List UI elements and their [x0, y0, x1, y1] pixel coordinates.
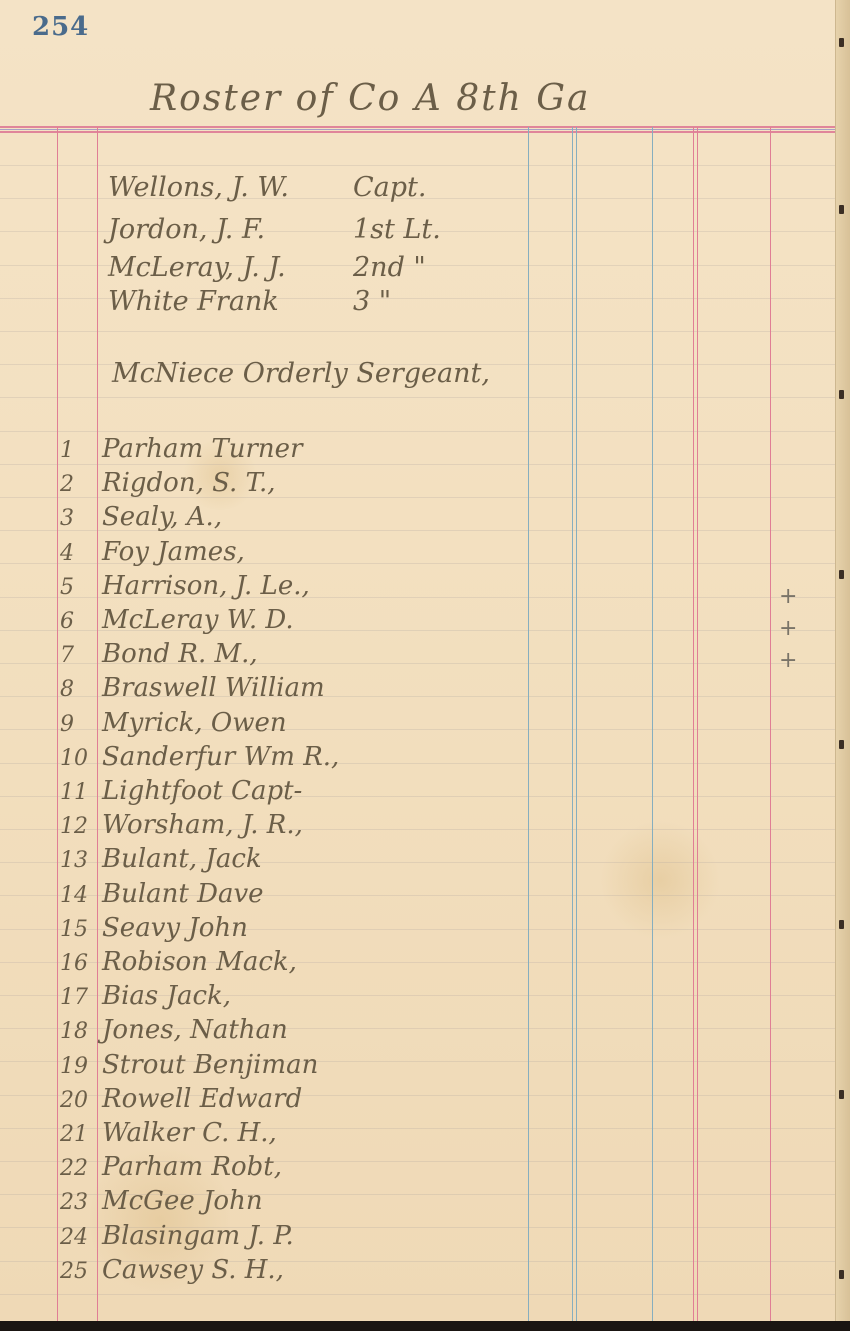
- roster-row: 19Strout Benjiman: [0, 1050, 520, 1083]
- soldier-name: Myrick, Owen: [102, 708, 287, 738]
- roster-row: 22Parham Robt,: [0, 1152, 520, 1185]
- officer-entry: Jordon, J. F.1st Lt.: [108, 214, 441, 245]
- column-rule-2b: [576, 127, 577, 1321]
- roster-number: 23: [60, 1190, 96, 1215]
- roster-row: 11Lightfoot Capt-: [0, 776, 520, 809]
- soldier-name: McGee John: [102, 1186, 263, 1216]
- binding-stitch: [839, 1270, 844, 1279]
- roster-row: 10Sanderfur Wm R.,: [0, 742, 520, 775]
- ruled-line: [0, 331, 850, 332]
- officer-name: Jordon, J. F.: [108, 214, 353, 245]
- soldier-name: Sealy, A.,: [102, 502, 222, 532]
- binding-stitch: [839, 390, 844, 399]
- roster-row: 21Walker C. H.,: [0, 1118, 520, 1151]
- officer-rank: Capt.: [353, 172, 426, 203]
- roster-number: 20: [60, 1088, 96, 1113]
- officer-rank: 2nd ": [353, 252, 426, 283]
- roster-row: 4Foy James,: [0, 537, 520, 570]
- roster-number: 3: [60, 506, 96, 531]
- roster-row: 18Jones, Nathan: [0, 1015, 520, 1048]
- binding-stitch: [839, 38, 844, 47]
- roster-row: 6McLeray W. D.: [0, 605, 520, 638]
- roster-number: 2: [60, 472, 96, 497]
- soldier-name: Parham Robt,: [102, 1152, 282, 1182]
- roster-number: 15: [60, 917, 96, 942]
- soldier-name: Bias Jack,: [102, 981, 231, 1011]
- roster-number: 5: [60, 575, 96, 600]
- roster-number: 21: [60, 1122, 96, 1147]
- roster-number: 24: [60, 1225, 96, 1250]
- officer-name: Wellons, J. W.: [108, 172, 353, 203]
- roster-number: 9: [60, 712, 96, 737]
- roster-row: 3Sealy, A.,: [0, 502, 520, 535]
- roster-row: 17Bias Jack,: [0, 981, 520, 1014]
- header-rule-top: [0, 126, 850, 128]
- roster-number: 12: [60, 814, 96, 839]
- soldier-name: Strout Benjiman: [102, 1050, 318, 1080]
- roster-number: 10: [60, 746, 96, 771]
- soldier-name: Braswell William: [102, 673, 325, 703]
- roster-number: 7: [60, 643, 96, 668]
- roster-row: 1Parham Turner: [0, 434, 520, 467]
- roster-number: 16: [60, 951, 96, 976]
- book-binding-edge: [835, 0, 850, 1321]
- margin-mark: +: [779, 584, 797, 609]
- ruled-line: [0, 397, 850, 398]
- officer-name: McLeray, J. J.: [108, 252, 353, 283]
- column-rule-1: [528, 127, 529, 1321]
- page-title: Roster of Co A 8th Ga: [150, 78, 590, 119]
- soldier-name: Bond R. M.,: [102, 639, 258, 669]
- column-rule-3: [652, 127, 653, 1321]
- header-rule-bottom: [0, 131, 850, 133]
- roster-row: 23McGee John: [0, 1186, 520, 1219]
- officer-entry: Wellons, J. W.Capt.: [108, 172, 426, 203]
- officer-name: White Frank: [108, 286, 353, 317]
- soldier-name: Seavy John: [102, 913, 248, 943]
- roster-number: 8: [60, 677, 96, 702]
- column-rule-4b: [697, 127, 698, 1321]
- binding-stitch: [839, 740, 844, 749]
- roster-row: 25Cawsey S. H.,: [0, 1255, 520, 1288]
- soldier-name: Jones, Nathan: [102, 1015, 288, 1045]
- ruled-line: [0, 431, 850, 432]
- roster-row: 5Harrison, J. Le.,: [0, 571, 520, 604]
- roster-number: 18: [60, 1019, 96, 1044]
- roster-row: 12Worsham, J. R.,: [0, 810, 520, 843]
- column-rule-5: [770, 127, 771, 1321]
- roster-number: 14: [60, 883, 96, 908]
- roster-row: 9Myrick, Owen: [0, 708, 520, 741]
- column-rule-4a: [693, 127, 694, 1321]
- officer-rank: 1st Lt.: [353, 214, 441, 245]
- roster-row: 7Bond R. M.,: [0, 639, 520, 672]
- soldier-name: Cawsey S. H.,: [102, 1255, 284, 1285]
- soldier-name: McLeray W. D.: [102, 605, 294, 635]
- soldier-name: Bulant, Jack: [102, 844, 262, 874]
- roster-number: 25: [60, 1259, 96, 1284]
- ledger-page: 254 Roster of Co A 8th Ga Wellons, J. W.…: [0, 0, 850, 1321]
- soldier-name: Rowell Edward: [102, 1084, 302, 1114]
- orderly-sergeant-entry: McNiece Orderly Sergeant,: [112, 358, 490, 389]
- roster-number: 1: [60, 438, 96, 463]
- soldier-name: Sanderfur Wm R.,: [102, 742, 339, 772]
- soldier-name: Worsham, J. R.,: [102, 810, 303, 840]
- roster-row: 13Bulant, Jack: [0, 844, 520, 877]
- roster-row: 20Rowell Edward: [0, 1084, 520, 1117]
- roster-number: 6: [60, 609, 96, 634]
- roster-row: 16Robison Mack,: [0, 947, 520, 980]
- soldier-name: Walker C. H.,: [102, 1118, 277, 1148]
- roster-row: 2Rigdon, S. T.,: [0, 468, 520, 501]
- soldier-name: Rigdon, S. T.,: [102, 468, 276, 498]
- soldier-name: Parham Turner: [102, 434, 303, 464]
- soldier-name: Blasingam J. P.: [102, 1221, 294, 1251]
- roster-number: 4: [60, 541, 96, 566]
- soldier-name: Bulant Dave: [102, 879, 264, 909]
- roster-number: 17: [60, 985, 96, 1010]
- roster-row: 15Seavy John: [0, 913, 520, 946]
- binding-stitch: [839, 570, 844, 579]
- margin-mark: +: [779, 648, 797, 673]
- page-bottom-shadow: [0, 1321, 850, 1331]
- header-rule-middle: [0, 129, 850, 130]
- soldier-name: Foy James,: [102, 537, 245, 567]
- roster-number: 22: [60, 1156, 96, 1181]
- binding-stitch: [839, 1090, 844, 1099]
- roster-number: 11: [60, 780, 96, 805]
- page-number: 254: [32, 12, 89, 42]
- roster-number: 13: [60, 848, 96, 873]
- margin-mark: +: [779, 616, 797, 641]
- roster-number: 19: [60, 1054, 96, 1079]
- roster-row: 24Blasingam J. P.: [0, 1221, 520, 1254]
- soldier-name: Lightfoot Capt-: [102, 776, 302, 806]
- binding-stitch: [839, 205, 844, 214]
- soldier-name: Robison Mack,: [102, 947, 297, 977]
- column-rule-2a: [572, 127, 573, 1321]
- binding-stitch: [839, 920, 844, 929]
- paper-stain: [600, 820, 720, 940]
- officer-entry: McLeray, J. J.2nd ": [108, 252, 426, 283]
- officer-entry: White Frank3 ": [108, 286, 391, 317]
- officer-rank: 3 ": [353, 286, 391, 317]
- soldier-name: Harrison, J. Le.,: [102, 571, 310, 601]
- roster-row: 8Braswell William: [0, 673, 520, 706]
- roster-row: 14Bulant Dave: [0, 879, 520, 912]
- ruled-line: [0, 1294, 850, 1295]
- ruled-line: [0, 165, 850, 166]
